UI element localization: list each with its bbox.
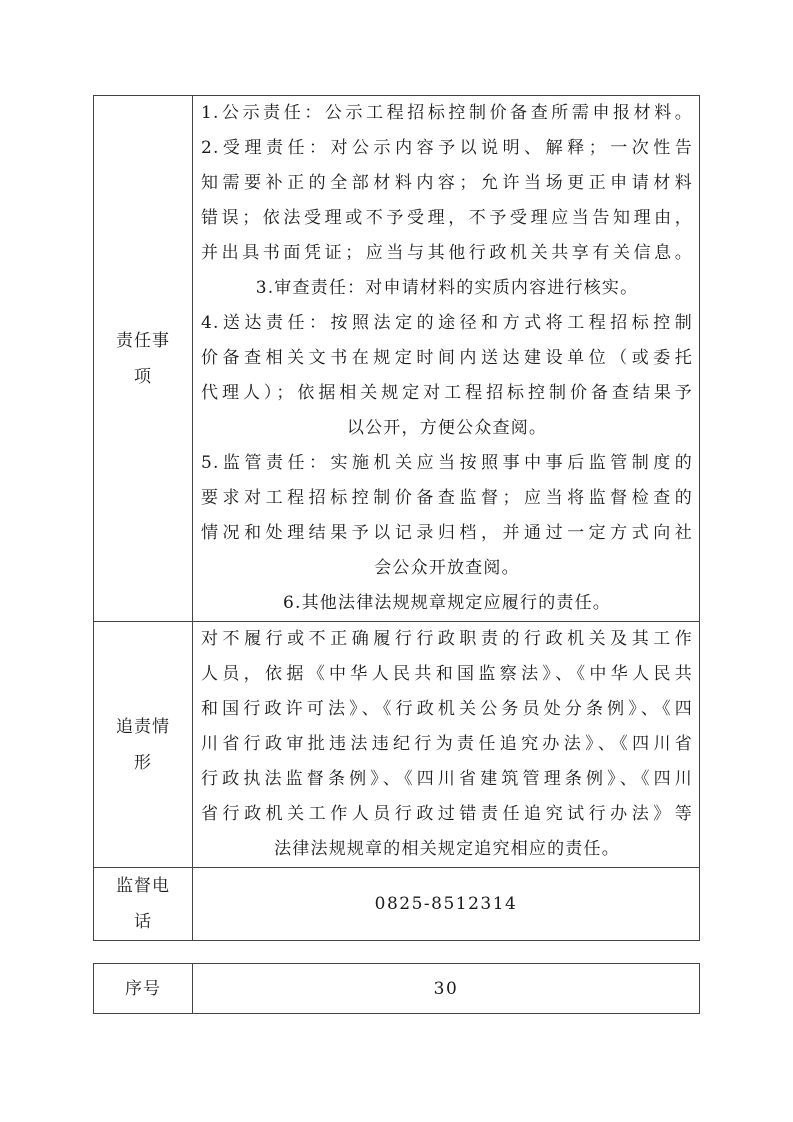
content-line: 和国行政许可法》、《行政机关公务员处分条例》、《四: [201, 692, 693, 727]
accountability-content: 对不履行或不正确履行行政职责的行政机关及其工作人员，依据《中华人民共和国监察法》…: [193, 622, 700, 868]
content-line: 情况和处理结果予以记录归档，并通过一定方式向社: [201, 516, 693, 551]
table-row-responsibilities: 责任事项 1.公示责任：公示工程招标控制价备查所需申报材料。2.受理责任：对公示…: [94, 96, 700, 622]
supervision-phone: 0825-8512314: [193, 868, 700, 941]
content-line: 行政执法监督条例》、《四川省建筑管理条例》、《四川: [201, 762, 693, 797]
content-line: 人员，依据《中华人民共和国监察法》、《中华人民共: [201, 657, 693, 692]
responsibilities-content: 1.公示责任：公示工程招标控制价备查所需申报材料。2.受理责任：对公示内容予以说…: [193, 96, 700, 622]
content-line: 知需要补正的全部材料内容；允许当场更正申请材料: [201, 166, 693, 201]
serial-number-table: 序号 30: [93, 963, 700, 1014]
content-line: 2.受理责任：对公示内容予以说明、解释；一次性告: [201, 131, 693, 166]
row-label: 监督电话: [112, 868, 174, 940]
responsibility-table: 责任事项 1.公示责任：公示工程招标控制价备查所需申报材料。2.受理责任：对公示…: [93, 95, 700, 941]
content-line: 代理人）；依据相关规定对工程招标控制价备查结果予: [201, 376, 693, 411]
content-line: 3.审查责任：对申请材料的实质内容进行核实。: [201, 271, 693, 306]
row-label: 责任事项: [112, 323, 174, 395]
row-label: 追责情形: [112, 709, 174, 781]
content-line: 错误；依法受理或不予受理，不予受理应当告知理由，: [201, 201, 693, 236]
content-line: 要求对工程招标控制价备查监督；应当将监督检查的: [201, 481, 693, 516]
content-line: 并出具书面凭证；应当与其他行政机关共享有关信息。: [201, 236, 693, 271]
content-line: 川省行政审批违法违纪行为责任追究办法》、《四川省: [201, 727, 693, 762]
content-line: 省行政机关工作人员行政过错责任追究试行办法》等: [201, 797, 693, 832]
content-line: 法律法规规章的相关规定追究相应的责任。: [201, 832, 693, 867]
content-line: 6.其他法律法规规章规定应履行的责任。: [201, 586, 693, 621]
row-label-cell: 追责情形: [94, 622, 193, 868]
content-line: 1.公示责任：公示工程招标控制价备查所需申报材料。: [201, 96, 693, 131]
content-line: 价备查相关文书在规定时间内送达建设单位（或委托: [201, 341, 693, 376]
content-line: 会公众开放查阅。: [201, 551, 693, 586]
row-label-cell: 责任事项: [94, 96, 193, 622]
table-row-serial: 序号 30: [94, 964, 700, 1014]
content-line: 4.送达责任：按照法定的途径和方式将工程招标控制: [201, 306, 693, 341]
serial-label: 序号: [94, 964, 193, 1014]
content-line: 对不履行或不正确履行行政职责的行政机关及其工作: [201, 622, 693, 657]
serial-value: 30: [193, 964, 700, 1014]
table-row-accountability: 追责情形 对不履行或不正确履行行政职责的行政机关及其工作人员，依据《中华人民共和…: [94, 622, 700, 868]
table-row-phone: 监督电话 0825-8512314: [94, 868, 700, 941]
content-line: 5.监管责任：实施机关应当按照事中事后监管制度的: [201, 446, 693, 481]
row-label-cell: 监督电话: [94, 868, 193, 941]
content-line: 以公开，方便公众查阅。: [201, 411, 693, 446]
